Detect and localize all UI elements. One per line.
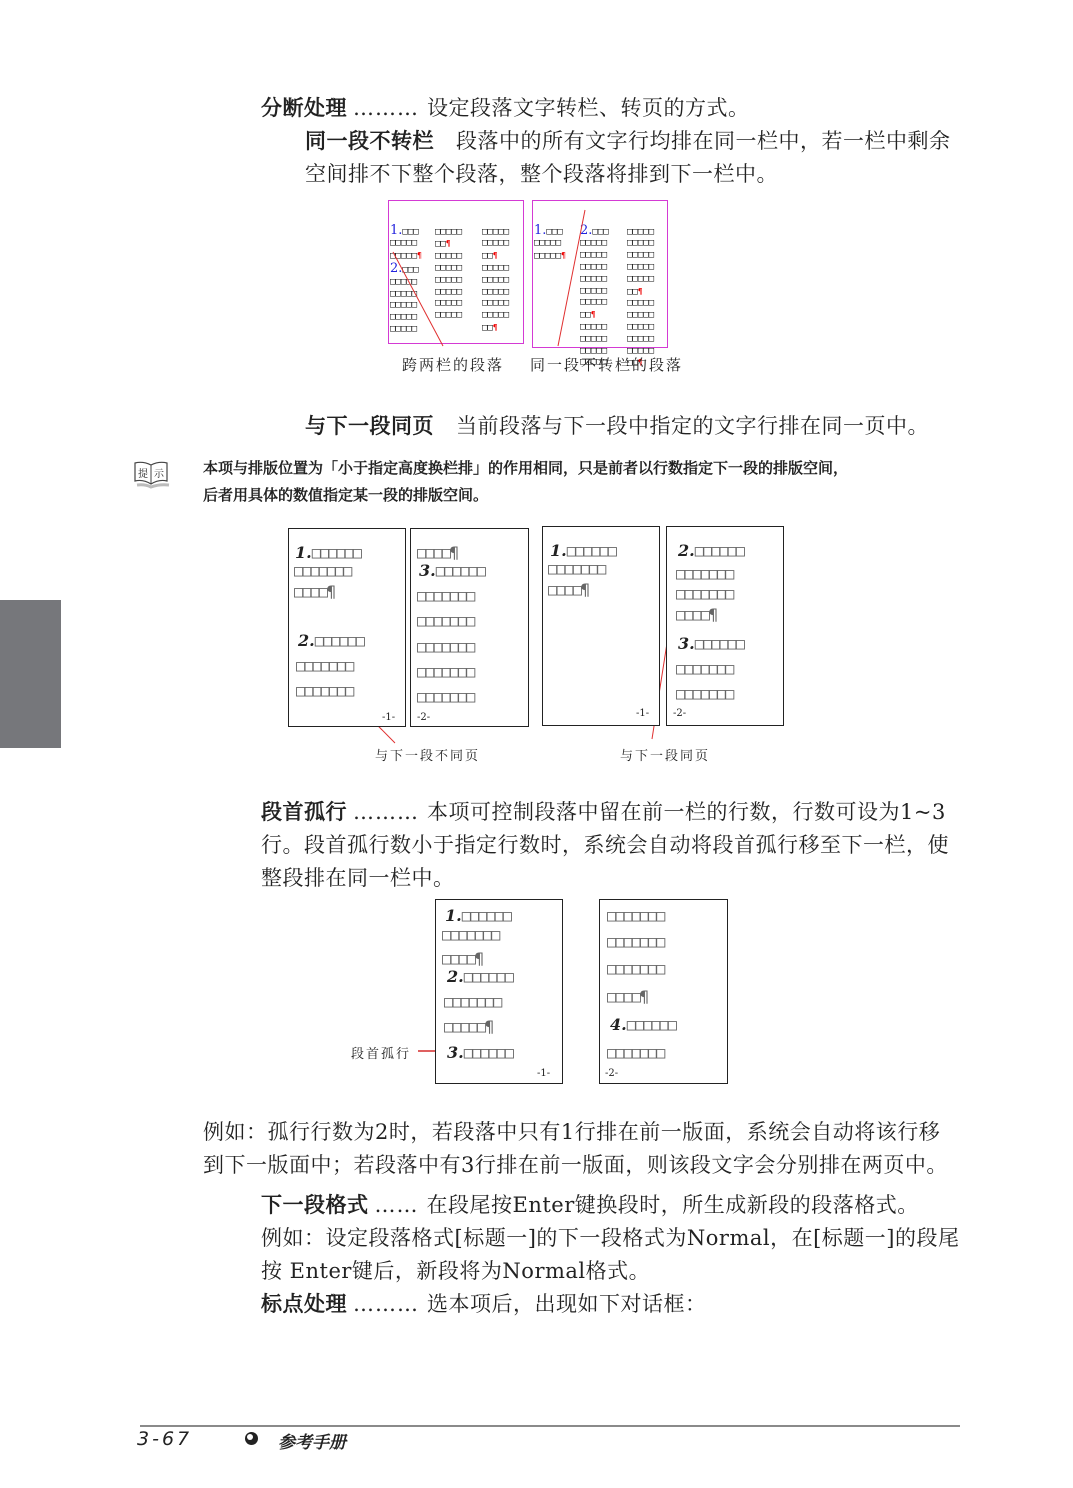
figure2-caption-same: 与下一段同页: [620, 745, 710, 764]
orphan-line1: 段首孤行………本项可控制段落中留在前一栏的行数，行数可设为1~3: [261, 796, 946, 828]
next-style-example1: 例如：设定段落格式[标题一]的下一段格式为Normal，在[标题一]的段尾: [261, 1222, 959, 1254]
next-style-line: 下一段格式……在段尾按Enter键换段时，所生成新段的段落格式。: [261, 1189, 919, 1221]
figure2-notsame-page2: □□□□¶ 3.□□□□□□ □□□□□□□ □□□□□□□ □□□□□□□ □…: [410, 528, 529, 727]
orphan-line2: 行。段首孤行数小于指定行数时，系统会自动将段首孤行移至下一栏，使: [261, 829, 949, 861]
hint-line1: 本项与排版位置为「小于指定高度换栏排」的作用相同，只是前者以行数指定下一段的排版…: [203, 455, 848, 481]
figure1-caption-right: 同一段不转栏的段落: [530, 354, 683, 375]
hint-book-icon: 提 示: [131, 457, 171, 487]
example-line2: 到下一版面中；若段落中有3行排在前一版面，则该段文字会分别排在两页中。: [203, 1149, 948, 1181]
keep-with-next-line: 与下一段同页当前段落与下一段中指定的文字行排在同一页中。: [305, 410, 929, 442]
figure2-same-page2: 2.□□□□□□ □□□□□□□ □□□□□□□ □□□□¶ 3.□□□□□□ …: [666, 526, 784, 726]
punctuation-title: 标点处理: [261, 1292, 347, 1316]
footer-rule: [140, 1425, 960, 1427]
figure2-same-page1: 1.□□□□□□ □□□□□□□ □□□□¶ -1-: [542, 526, 660, 726]
orphan-title: 段首孤行: [261, 800, 347, 824]
figure2-caption-notsame: 与下一段不同页: [375, 745, 480, 764]
orphan-line3: 整段排在同一栏中。: [261, 862, 455, 894]
punctuation-line: 标点处理………选本项后，出现如下对话框：: [261, 1288, 707, 1320]
footer-page-number: 3-67: [137, 1428, 192, 1450]
figure3-page1: 1.□□□□□□ □□□□□□□ □□□□¶ 2.□□□□□□ □□□□□□□ …: [435, 899, 563, 1084]
keep-with-next-title: 与下一段同页: [305, 414, 434, 438]
example-line1: 例如：孤行行数为2时，若段落中只有1行排在前一版面，系统会自动将该行移: [203, 1116, 940, 1148]
figure3-page2: □□□□□□□ □□□□□□□ □□□□□□□ □□□□¶ 4.□□□□□□ □…: [599, 899, 728, 1084]
footer-half-circle-icon: [245, 1432, 258, 1445]
footer-title: 参考手册: [278, 1428, 346, 1453]
next-style-example2: 按 Enter键后，新段将为Normal格式。: [261, 1255, 650, 1287]
next-style-title: 下一段格式: [261, 1193, 369, 1217]
figure3-label: 段首孤行: [351, 1043, 411, 1062]
figure2-notsame-page1: 1.□□□□□□ □□□□□□□ □□□□¶ 2.□□□□□□ □□□□□□□ …: [288, 528, 406, 727]
hint-line2: 后者用具体的数值指定某一段的排版空间。: [203, 482, 488, 508]
figure1-caption-left: 跨两栏的段落: [402, 354, 504, 375]
